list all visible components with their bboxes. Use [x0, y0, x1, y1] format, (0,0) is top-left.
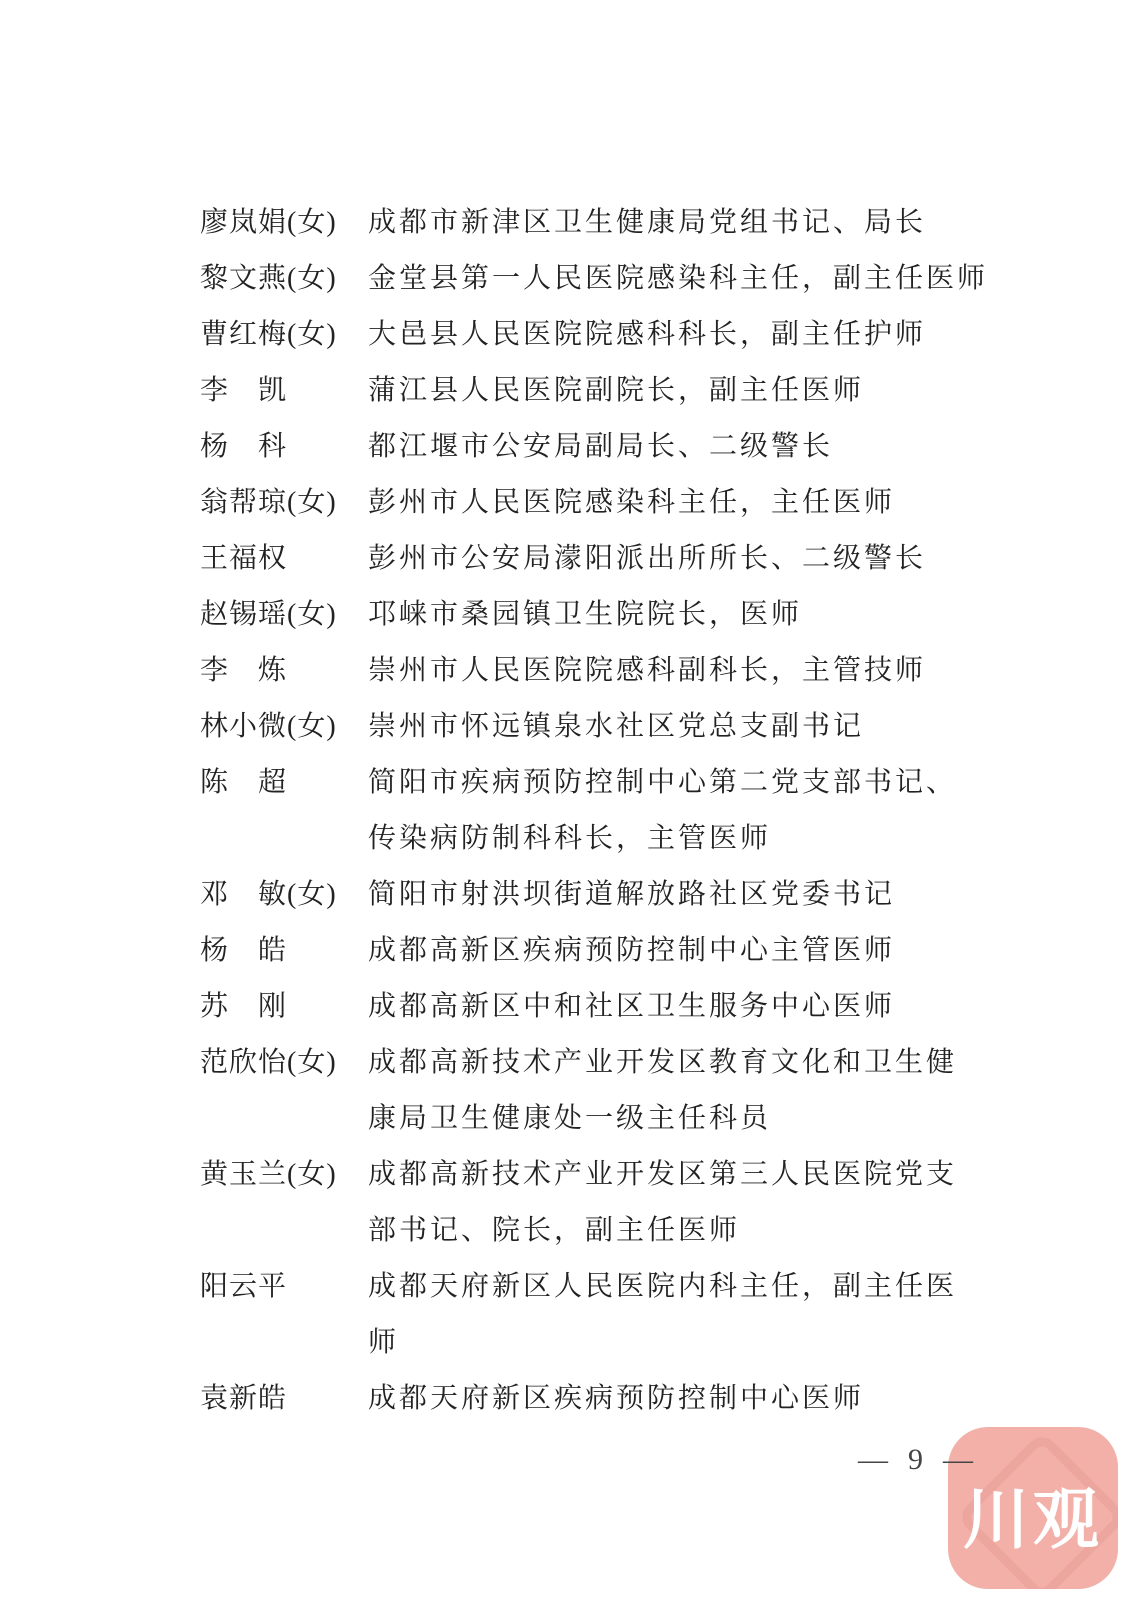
- honoree-row: 陈 超 简阳市疾病预防控制中心第二党支部书记、 传染病防制科科长，主管医师: [200, 755, 1020, 867]
- honoree-position: 成都高新技术产业开发区教育文化和卫生健 康局卫生健康处一级主任科员: [368, 1035, 1013, 1147]
- honoree-name: 王福权: [200, 531, 368, 587]
- honoree-name-text: 阳云平: [200, 1271, 287, 1302]
- honoree-position: 邛崃市桑园镇卫生院院长，医师: [368, 587, 1013, 643]
- honoree-position: 彭州市公安局濛阳派出所所长、二级警长: [368, 531, 1013, 587]
- honoree-row: 阳云平 成都天府新区人民医院内科主任，副主任医 师: [200, 1259, 1020, 1371]
- honoree-name-text: 廖岚娟: [200, 207, 287, 238]
- honoree-row: 李 凯 蒲江县人民医院副院长，副主任医师: [200, 363, 1020, 419]
- honoree-name: 赵锡瑶(女): [200, 587, 368, 643]
- honoree-list: 廖岚娟(女) 成都市新津区卫生健康局党组书记、局长 黎文燕(女) 金堂县第一人民…: [200, 195, 1020, 1427]
- honoree-position: 成都高新技术产业开发区第三人民医院党支 部书记、院长，副主任医师: [368, 1147, 1013, 1259]
- honoree-name: 曹红梅(女): [200, 307, 368, 363]
- honoree-row: 廖岚娟(女) 成都市新津区卫生健康局党组书记、局长: [200, 195, 1020, 251]
- honoree-position: 成都天府新区疾病预防控制中心医师: [368, 1371, 1013, 1427]
- honoree-name-text: 王福权: [200, 543, 287, 574]
- honoree-name: 李 炼: [200, 643, 368, 699]
- honoree-position: 彭州市人民医院感染科主任，主任医师: [368, 475, 1013, 531]
- page-number-dash-right: —: [943, 1438, 973, 1482]
- honoree-position: 都江堰市公安局副局长、二级警长: [368, 419, 1013, 475]
- honoree-name-text: 袁新皓: [200, 1383, 287, 1414]
- honoree-name: 范欣怡(女): [200, 1035, 368, 1091]
- honoree-name-text: 苏 刚: [200, 991, 287, 1022]
- honoree-name-text: 陈 超: [200, 767, 287, 798]
- female-marker: (女): [287, 207, 337, 238]
- honoree-position: 简阳市疾病预防控制中心第二党支部书记、 传染病防制科科长，主管医师: [368, 755, 1013, 867]
- page-number-dash-left: —: [858, 1438, 888, 1482]
- female-marker: (女): [287, 1047, 337, 1078]
- honoree-name-text: 林小微: [200, 711, 287, 742]
- honoree-name-text: 杨 皓: [200, 935, 287, 966]
- honoree-row: 邓 敏(女) 简阳市射洪坝街道解放路社区党委书记: [200, 867, 1020, 923]
- chuanguan-logo: 川观: [948, 1427, 1118, 1589]
- honoree-row: 李 炼 崇州市人民医院院感科副科长，主管技师: [200, 643, 1020, 699]
- honoree-name: 翁帮琼(女): [200, 475, 368, 531]
- honoree-name-text: 李 凯: [200, 375, 287, 406]
- honoree-name-text: 范欣怡: [200, 1047, 287, 1078]
- female-marker: (女): [287, 711, 337, 742]
- female-marker: (女): [287, 879, 337, 910]
- honoree-position: 简阳市射洪坝街道解放路社区党委书记: [368, 867, 1013, 923]
- honoree-position: 崇州市怀远镇泉水社区党总支副书记: [368, 699, 1013, 755]
- honoree-name: 袁新皓: [200, 1371, 368, 1427]
- female-marker: (女): [287, 599, 337, 630]
- honoree-position: 蒲江县人民医院副院长，副主任医师: [368, 363, 1013, 419]
- honoree-row: 范欣怡(女) 成都高新技术产业开发区教育文化和卫生健 康局卫生健康处一级主任科员: [200, 1035, 1020, 1147]
- honoree-row: 曹红梅(女) 大邑县人民医院院感科科长，副主任护师: [200, 307, 1020, 363]
- female-marker: (女): [287, 1159, 337, 1190]
- female-marker: (女): [287, 263, 337, 294]
- page-footer: — 9 —: [858, 1438, 973, 1482]
- honoree-position: 金堂县第一人民医院感染科主任，副主任医师: [368, 251, 1013, 307]
- honoree-position: 成都天府新区人民医院内科主任，副主任医 师: [368, 1259, 1013, 1371]
- honoree-name-text: 曹红梅: [200, 319, 287, 350]
- document-page: 廖岚娟(女) 成都市新津区卫生健康局党组书记、局长 黎文燕(女) 金堂县第一人民…: [0, 0, 1124, 1600]
- honoree-row: 黄玉兰(女) 成都高新技术产业开发区第三人民医院党支 部书记、院长，副主任医师: [200, 1147, 1020, 1259]
- honoree-row: 杨 科 都江堰市公安局副局长、二级警长: [200, 419, 1020, 475]
- honoree-name: 李 凯: [200, 363, 368, 419]
- honoree-row: 林小微(女) 崇州市怀远镇泉水社区党总支副书记: [200, 699, 1020, 755]
- honoree-row: 杨 皓 成都高新区疾病预防控制中心主管医师: [200, 923, 1020, 979]
- honoree-position: 成都高新区中和社区卫生服务中心医师: [368, 979, 1013, 1035]
- honoree-position: 成都高新区疾病预防控制中心主管医师: [368, 923, 1013, 979]
- honoree-position: 崇州市人民医院院感科副科长，主管技师: [368, 643, 1013, 699]
- honoree-row: 翁帮琼(女) 彭州市人民医院感染科主任，主任医师: [200, 475, 1020, 531]
- honoree-position: 成都市新津区卫生健康局党组书记、局长: [368, 195, 1013, 251]
- honoree-name-text: 杨 科: [200, 431, 287, 462]
- honoree-name-text: 黎文燕: [200, 263, 287, 294]
- honoree-name: 黎文燕(女): [200, 251, 368, 307]
- honoree-name: 陈 超: [200, 755, 368, 811]
- female-marker: (女): [287, 487, 337, 518]
- honoree-name: 杨 皓: [200, 923, 368, 979]
- honoree-name-text: 李 炼: [200, 655, 287, 686]
- honoree-name-text: 赵锡瑶: [200, 599, 287, 630]
- honoree-name: 黄玉兰(女): [200, 1147, 368, 1203]
- honoree-name: 阳云平: [200, 1259, 368, 1315]
- honoree-name-text: 邓 敏: [200, 879, 287, 910]
- honoree-name: 邓 敏(女): [200, 867, 368, 923]
- honoree-name: 苏 刚: [200, 979, 368, 1035]
- honoree-row: 王福权 彭州市公安局濛阳派出所所长、二级警长: [200, 531, 1020, 587]
- honoree-row: 苏 刚 成都高新区中和社区卫生服务中心医师: [200, 979, 1020, 1035]
- honoree-row: 袁新皓 成都天府新区疾病预防控制中心医师: [200, 1371, 1020, 1427]
- honoree-name: 杨 科: [200, 419, 368, 475]
- page-number: 9: [908, 1438, 923, 1482]
- honoree-name: 廖岚娟(女): [200, 195, 368, 251]
- female-marker: (女): [287, 319, 337, 350]
- honoree-row: 赵锡瑶(女) 邛崃市桑园镇卫生院院长，医师: [200, 587, 1020, 643]
- honoree-name: 林小微(女): [200, 699, 368, 755]
- honoree-name-text: 翁帮琼: [200, 487, 287, 518]
- logo-text: 川观: [948, 1466, 1118, 1561]
- honoree-name-text: 黄玉兰: [200, 1159, 287, 1190]
- honoree-row: 黎文燕(女) 金堂县第一人民医院感染科主任，副主任医师: [200, 251, 1020, 307]
- honoree-position: 大邑县人民医院院感科科长，副主任护师: [368, 307, 1013, 363]
